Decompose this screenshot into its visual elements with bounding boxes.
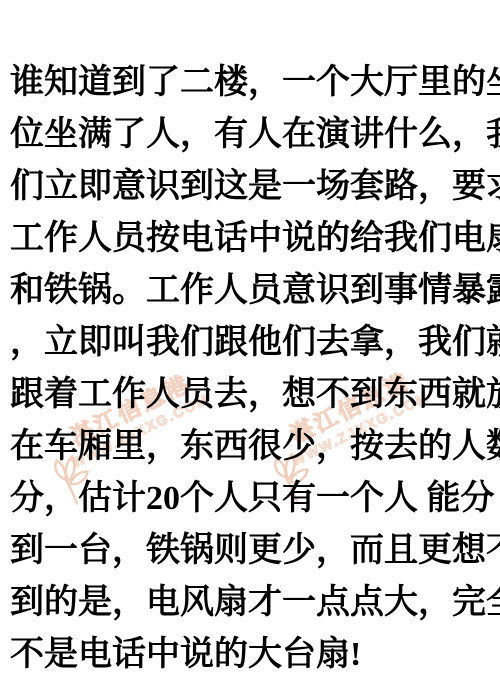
text-line: 和铁锅。工作人员意识到事情暴露: [10, 265, 492, 317]
text-line: 位坐满了人，有人在演讲什么，我: [10, 109, 492, 161]
text-line: 们立即意识到这是一场套路，要求: [10, 161, 492, 213]
text-line: 到一台，铁锅则更少，而且更想不: [10, 525, 492, 577]
text-line: 在车厢里，东西很少，按去的人数: [10, 421, 492, 473]
text-line: 工作人员按电话中说的给我们电扇: [10, 213, 492, 265]
text-line: 分，估计20个人只有一个人 能分: [10, 473, 492, 525]
story-paragraph: 谁知道到了二楼，一个大厅里的坐 位坐满了人，有人在演讲什么，我 们立即意识到这是…: [10, 57, 492, 681]
text-line: 跟着工作人员去，想不到东西就放: [10, 369, 492, 421]
text-line: ，立即叫我们跟他们去拿，我们就: [10, 317, 492, 369]
text-line: 不是电话中说的大台扇!: [10, 629, 492, 681]
meme-text-page: 湛江信息港 www.zjxxg.com 湛江信息港 www.zjxxg.com …: [0, 0, 500, 700]
text-line: 到的是，电风扇才一点点大，完全: [10, 577, 492, 629]
text-line: 谁知道到了二楼，一个大厅里的坐: [10, 57, 492, 109]
